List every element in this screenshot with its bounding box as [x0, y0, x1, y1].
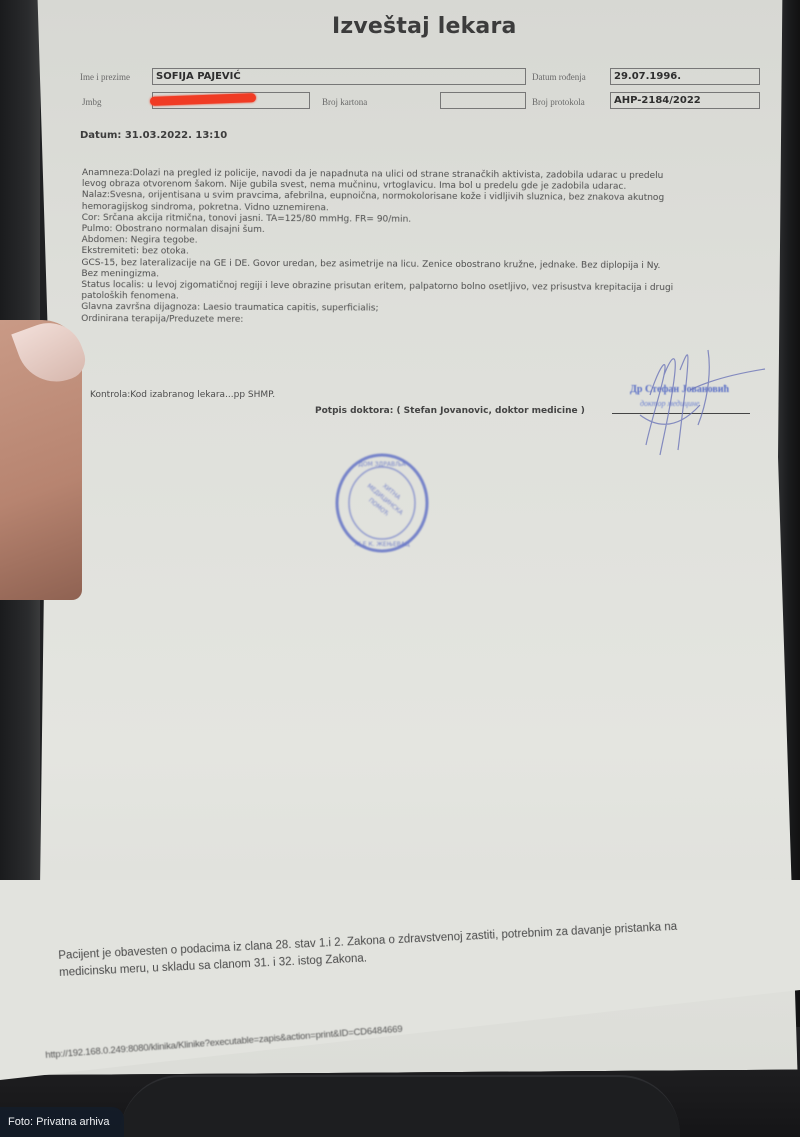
document-title: Izveštaj lekara: [332, 14, 517, 39]
name-label: Ime i prezime: [80, 72, 130, 82]
report-date: Datum: 31.03.2022. 13:10: [80, 130, 227, 141]
doctor-signature-line: Potpis doktora: ( Stefan Jovanovic, dokt…: [315, 406, 585, 416]
card-number-label: Broj kartona: [322, 97, 367, 107]
photo-credit: Foto: Privatna arhiva: [0, 1107, 124, 1137]
protocol-label: Broj protokola: [532, 97, 585, 107]
card-number-field: [440, 92, 526, 109]
bag-strap: [120, 1075, 680, 1137]
follow-up-note: Kontrola:Kod izabranog lekara...pp SHMP.: [90, 390, 275, 400]
handwritten-signature-icon: [620, 335, 770, 465]
jmbg-label: Jmbg: [82, 97, 102, 107]
report-body: Anamneza:Dolazi na pregled iz policije, …: [81, 168, 782, 329]
svg-text:Ж Е К. ЖЕЊЕВАЦ: Ж Е К. ЖЕЊЕВАЦ: [354, 541, 410, 548]
svg-text:ДОМ ЗДРАВЉА: ДОМ ЗДРАВЉА: [358, 461, 406, 468]
dob-field: 29.07.1996.: [610, 68, 760, 85]
dob-label: Datum rođenja: [532, 72, 586, 82]
official-seal-icon: ДОМ ЗДРАВЉА ХИТНА МЕДИЦИНСКА ПОМОЋ Ж Е К…: [332, 450, 432, 556]
name-field: SOFIJA PAJEVIĆ: [152, 68, 526, 85]
protocol-field: AHP-2184/2022: [610, 92, 760, 109]
